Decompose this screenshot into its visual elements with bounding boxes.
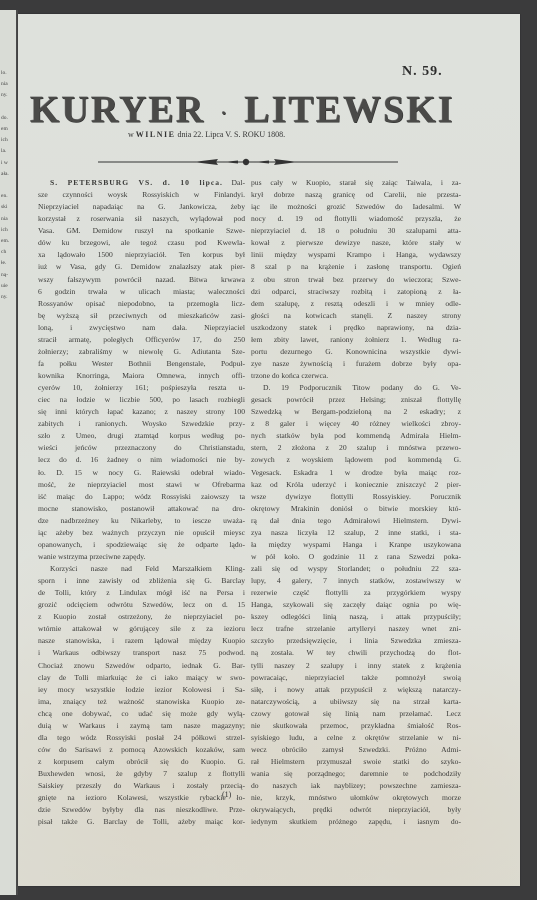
- text-line: zali się od wyspy Storlandet; o południu…: [251, 563, 461, 575]
- previous-page-fragment: nia: [1, 216, 8, 222]
- text-line: kownika Knorringa, Maiora Omnewa, innych…: [38, 370, 245, 382]
- masthead-title-left: KURYER: [30, 89, 205, 131]
- text-line-content: Dal-: [231, 178, 245, 187]
- text-line: iąc ażeby bez ważnych przyczyn nie opuśc…: [38, 527, 245, 539]
- text-line: wieści jeńców przeznaczony do Christians…: [38, 442, 245, 454]
- text-line: krył dobrze naszą granicę od Carelii, ni…: [251, 189, 461, 201]
- previous-page-fragment: ski: [1, 204, 7, 210]
- text-line: głości na kotwicach stanęli. Z naszey st…: [251, 310, 461, 322]
- text-line: bę wyższą sił przeciwnych od mieszkańców…: [38, 310, 245, 322]
- text-line: wania się porządnego; daremnie te podcho…: [251, 768, 461, 780]
- text-line: Chociaż znowu Szwedów odparto, iednak G.…: [38, 660, 245, 672]
- text-line: ło. D. 15 w nocy G. Raiewski odebrał wia…: [38, 467, 245, 479]
- text-line: gesack powrócił przez Helsing; zniszał f…: [251, 394, 461, 406]
- text-line: mocne stanowisko, postanowił attakować n…: [38, 503, 245, 515]
- newspaper-page: N. 59. KURYER · LITEWSKI w WILNIE dnia 2…: [18, 14, 520, 886]
- text-line: mość, że nieprzyiaciel most stawi w Ofre…: [38, 479, 245, 491]
- text-line: Korzyści nasze nad Feld Marszałkiem Klin…: [38, 563, 245, 575]
- text-line: siłę, i nowy attak przypuścił z większą …: [251, 684, 461, 696]
- text-line: Vasa. GM. Demidow ruszył na spotkanie Sz…: [38, 225, 245, 237]
- text-line: z Kuopio został ostrzeżony, że nieprzyia…: [38, 611, 245, 623]
- text-line: natarczywością, a ubiiwszy się na strzał…: [251, 696, 461, 708]
- article-dateline-heading: S. PETERSBURG VS. d. 10 lipca.: [50, 178, 223, 187]
- text-line: się inni których łapać kazano; z naszey …: [38, 406, 245, 418]
- text-line: syiskiego ludu, a celne z okrętów strzel…: [251, 732, 461, 744]
- text-line: z 8 galer i więcey 40 różney wielkości z…: [251, 418, 461, 430]
- dateline-city: WILNIE: [136, 130, 176, 139]
- text-line: okrywaiących, prędki odwrót nieprzyiació…: [251, 804, 461, 816]
- text-line: szło z Umeo, drugi ztamtąd korpus według…: [38, 430, 245, 442]
- text-line: kaz od Króla uderzyć i koniecznie zniszc…: [251, 479, 461, 491]
- text-line: 6 godzin trwała w ulicach miasta; walecz…: [38, 286, 245, 298]
- article-column-right: pus cały w Kuopio, starał się zaiąc Taiw…: [251, 177, 461, 828]
- text-line: żołnierzy; zabraliśmy w niewolę G. Adiut…: [38, 346, 245, 358]
- text-line: lupy, 4 galery, 7 innych statków, zostaw…: [251, 575, 461, 587]
- text-line: uszkodzony statek i prędko naprawiony, n…: [251, 322, 461, 334]
- text-line: dem szalupę, z resztą odeszli i w mniey …: [251, 298, 461, 310]
- text-line: Nieprzyiaciel napadaiąc na G. Jankowicza…: [38, 201, 245, 213]
- text-line: D. 19 Podporucznik Titow podany do G. Ve…: [251, 382, 461, 394]
- dateline-prefix: w: [128, 130, 134, 139]
- previous-page-fragment: do.: [1, 115, 8, 121]
- text-line: dla tego wódz Rossyiski posłał 24 półkow…: [38, 732, 245, 744]
- text-line: Rossyanów opisać niepodobno, ta przemogł…: [38, 298, 245, 310]
- text-line: stracił armatę, poległych Officyerów 17,…: [38, 334, 245, 346]
- text-line: nocy d. 19 od flottylli wiadomość przysz…: [251, 213, 461, 225]
- text-line: Buxhewden wnosi, że gdyby 7 szalup z flo…: [38, 768, 245, 780]
- text-line: pisał także G. Barclay de Tolli, ażeby m…: [38, 816, 245, 828]
- text-line: Saiskiey przeszły do Warkaus i zostały p…: [38, 780, 245, 792]
- text-line: i Warkaus odbiwszy transport nasz 75 pod…: [38, 647, 245, 659]
- text-line: wszy fałszywym powrócił nazad. Bitwa krw…: [38, 274, 245, 286]
- masthead-title: KURYER · LITEWSKI: [30, 88, 450, 132]
- article-column-left: S. PETERSBURG VS. d. 10 lipca. Dal-sze c…: [38, 177, 245, 828]
- previous-page-fragment: ny.: [1, 92, 8, 98]
- text-line: iey mocy wszystkie łodzie iezior Kolowes…: [38, 684, 245, 696]
- text-line: łem zbity lawet, raniony żołnierz 1. Wed…: [251, 334, 461, 346]
- text-line: czowy gotował się linią nam przełamać. L…: [251, 708, 461, 720]
- text-line: dzie Szwedów byłyby dla nas nieszkodliwe…: [38, 804, 245, 816]
- text-line: szczyło przedsięwzięcie, i linia Szwedzk…: [251, 635, 461, 647]
- previous-page-fragment: ną-: [1, 272, 8, 278]
- text-line: nie skutkowała przemoc, przykładna śmiał…: [251, 720, 461, 732]
- text-line: w pół koło. O godzinie 11 z rana Szwedzi…: [251, 551, 461, 563]
- text-line: nasze stanowiska, i razem lądował między…: [38, 635, 245, 647]
- text-line: portu dezurnego G. Konownicina wszystkie…: [251, 346, 461, 358]
- previous-page-fragment: i w: [1, 160, 8, 166]
- previous-page-fragment: la.: [1, 148, 6, 154]
- text-line: do naszych iak nayblizey; powszechne zam…: [251, 780, 461, 792]
- text-line: sze czynności woysk Rossyiskich w Finlan…: [38, 189, 245, 201]
- text-line: nieprzyiaciel d. 18 o południu 30 szalup…: [251, 225, 461, 237]
- text-line: trzone do końca czerwca.: [251, 370, 461, 382]
- text-line: powracaiąc, nieprzyiaciel także pomnożył…: [251, 672, 461, 684]
- text-line: duią w Warkaus i zaymą tam nasze magazyn…: [38, 720, 245, 732]
- text-line: grozić odcięciem odwrótu Szwedów, lecz o…: [38, 599, 245, 611]
- text-line: nych statków była pod kommendą Admirała …: [251, 430, 461, 442]
- text-line: dzi odparci, straciwszy rozbitą i zatopi…: [251, 286, 461, 298]
- text-line: zye nasze żywnością i furażem dobrze był…: [251, 358, 461, 370]
- text-line: pus cały w Kuopio, starał się zaiąc Taiw…: [251, 177, 461, 189]
- text-line: iuż w Vasa, gdy G. Demidow znalazłszy at…: [38, 261, 245, 273]
- text-line: lecz trafne strzelanie artylleryi naszey…: [251, 623, 461, 635]
- previous-page-fragment: nia: [1, 81, 8, 87]
- previous-page-fragment: łe.: [1, 260, 6, 266]
- text-line: fa połku Wester Bothnii Bengenstale, Pod…: [38, 358, 245, 370]
- masthead-title-right: LITEWSKI: [244, 89, 454, 131]
- text-line: korzystał z roserwania sił naszych, wylą…: [38, 213, 245, 225]
- text-line: sporn i inne zawisły od zbliżenia się G.…: [38, 575, 245, 587]
- text-line: rał Hielmstern przymuszał swoie statki d…: [251, 756, 461, 768]
- text-line: zya nasza liczyła 12 szalup, 2 inne stat…: [251, 527, 461, 539]
- ornamental-rule-icon: [98, 157, 398, 167]
- text-line: xa lądowało 1500 nieprzyiaciół. Ten korp…: [38, 249, 245, 261]
- text-line: tylli naszey 2 szalupy i inny statek z k…: [251, 660, 461, 672]
- previous-page-edge: lo.niany.do.emichla.i wała.en.skiniaiche…: [0, 10, 18, 895]
- text-line: ców do Sarisawi z pomocą Azowskich kozak…: [38, 744, 245, 756]
- text-line: zowych z woyskiem lądowem pod kommendą G…: [251, 454, 461, 466]
- previous-page-fragment: ała.: [1, 171, 9, 177]
- text-line: nie, krzyk, mnóstwo ułomków okrętowych m…: [251, 792, 461, 804]
- text-line: opanowanych, i spodziewaiąc się że odpar…: [38, 539, 245, 551]
- text-line: chcą one dobywać, co udać się może gdy w…: [38, 708, 245, 720]
- text-line: de Tolli, który z Lindulax mógł iść na P…: [38, 587, 245, 599]
- text-line: dów ku brzegowi, ale tegoż czasu pod Kwe…: [38, 237, 245, 249]
- text-line: z korpusem całym obrócił się do Kuopio. …: [38, 756, 245, 768]
- text-line: linii między wyspami Krampo i Hanga, wyd…: [251, 249, 461, 261]
- text-line: iść maiąc do Lappo; wódz Rossyiski zaiow…: [38, 491, 245, 503]
- issue-number: N. 59.: [402, 64, 443, 80]
- text-line: rezerwie część flottylli za przygórkiem …: [251, 587, 461, 599]
- previous-page-fragment: ich: [1, 227, 8, 233]
- text-line: z obu stron trwał bez przerwy do wieczor…: [251, 274, 461, 286]
- text-line: clay de Tolli miarkuiąc że ci iako maiąc…: [38, 672, 245, 684]
- text-line: dze nadbrzeżney ku Nikarleby, to iescze …: [38, 515, 245, 527]
- previous-page-fragment: ch: [1, 249, 6, 255]
- previous-page-fragment: lo.: [1, 70, 7, 76]
- text-line: Szwedzką w Bergam-podzieloną na 2 eskadr…: [251, 406, 461, 418]
- text-line: S. PETERSBURG VS. d. 10 lipca. Dal-: [38, 177, 245, 189]
- text-line: wanie wstrzyma przeciwne zapędy.: [38, 551, 245, 563]
- page-number: (1): [222, 790, 231, 799]
- text-line: wsze dywizye flottylli Rossyiskiey. Poru…: [251, 491, 461, 503]
- text-line: rą dał dnia tego Admirałowi Hielmstern. …: [251, 515, 461, 527]
- text-line: wecz obróciło zamysł Szwedzki. Próżno Ad…: [251, 744, 461, 756]
- dateline: w WILNIE dnia 22. Lipca V. S. ROKU 1808.: [128, 130, 285, 139]
- text-line: ła między wyspami Hanga i Kranpe uszykow…: [251, 539, 461, 551]
- previous-page-fragment: em.: [1, 238, 9, 244]
- previous-page-fragment: ny.: [1, 294, 8, 300]
- text-line: iąc ile możności grozić Szwedów do Iades…: [251, 201, 461, 213]
- text-line: ima, znaiący też ważność stanowiska Kuop…: [38, 696, 245, 708]
- previous-page-fragment: em: [1, 126, 8, 132]
- text-line: iedynym skutkiem próżnego zapędu, i iasn…: [251, 816, 461, 828]
- dateline-date: dnia 22. Lipca V. S. ROKU 1808.: [177, 130, 285, 139]
- text-line: ciec na łodzie w liczbie 500, po lasach …: [38, 394, 245, 406]
- text-line: loną, i zwycięstwo nam dała. Nieprzyiaci…: [38, 322, 245, 334]
- text-line: wtórnie attakował w górującey sile z za …: [38, 623, 245, 635]
- text-line: Vegesack. Eskadra 1 w drodze była maiąc …: [251, 467, 461, 479]
- previous-page-fragment: ich: [1, 137, 8, 143]
- previous-page-fragment: en.: [1, 193, 8, 199]
- text-line: cyerów 10, żołnierzy 161; pośpieszyła re…: [38, 382, 245, 394]
- text-line: kszey odlegóści linią naszą, i attak prz…: [251, 611, 461, 623]
- text-line: gnięte na iezioro Kolawesi, wszystkie ry…: [38, 792, 245, 804]
- text-line: kował z pierwsze dewizye nasze, które st…: [251, 237, 461, 249]
- text-line: zabitych i ranionych. Woysko Szwedzkie p…: [38, 418, 245, 430]
- masthead-separator: ·: [221, 103, 229, 123]
- previous-page-fragment: uie: [1, 283, 8, 289]
- text-line: lecz do d. 16 żadney o nim wiadomości ni…: [38, 454, 245, 466]
- text-line: stern, 2 złożona z 20 szalup i mnóstwa p…: [251, 442, 461, 454]
- text-line: okrętowy Mrakinin doniósł o bitwie morsk…: [251, 503, 461, 515]
- text-line: 8 szal p na krążenie i zasłonę transport…: [251, 261, 461, 273]
- text-line: ną została. W tey chwili przychodzą do f…: [251, 647, 461, 659]
- text-line: Hanga, szykowali się zaczęły daiąc ognia…: [251, 599, 461, 611]
